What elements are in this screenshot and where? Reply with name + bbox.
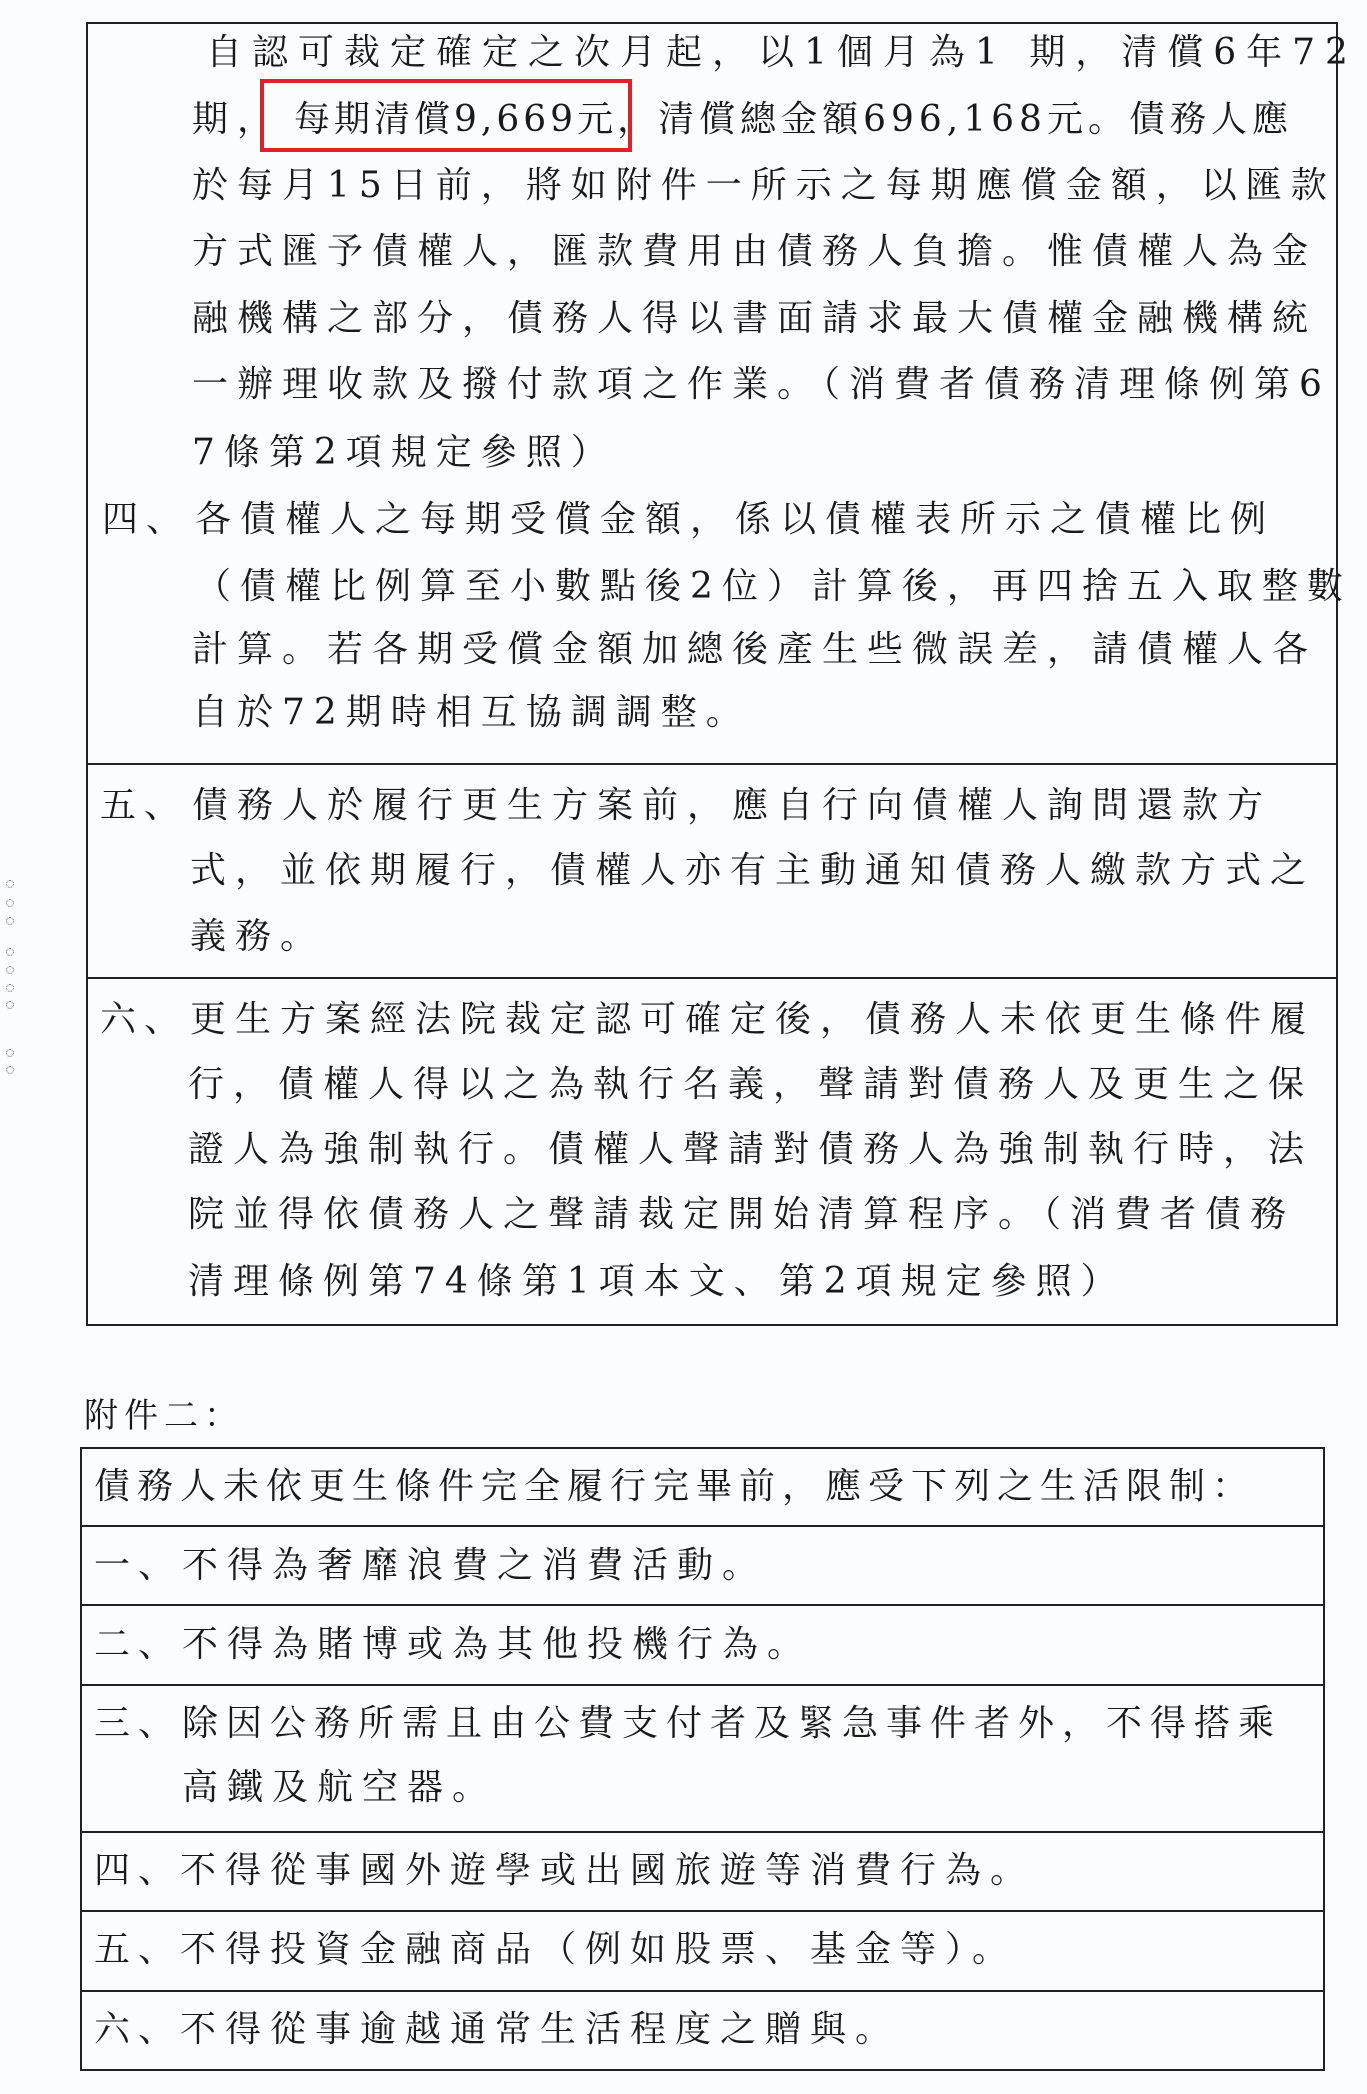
seal-mark-icon bbox=[6, 917, 14, 925]
text-line: 更生方案經法院裁定認可確定後，債務人未依更生條件履 bbox=[190, 998, 1315, 1042]
text-line: 義務。 bbox=[190, 915, 325, 959]
text-line: 院並得依債務人之聲請裁定開始清算程序。（消費者債務 bbox=[188, 1193, 1295, 1237]
restrictions-header: 債務人未依更生條件完全履行完畢前，應受下列之生活限制： bbox=[94, 1465, 1255, 1509]
seal-mark-icon bbox=[6, 966, 14, 974]
seal-mark-icon bbox=[6, 948, 14, 956]
row-marker: 五、 bbox=[94, 1928, 182, 1972]
restrictions-table bbox=[80, 1447, 1325, 2071]
text-line: 自認可裁定確定之次月起，以1個月為1 期，清償6年72 bbox=[206, 31, 1324, 75]
text-line: 於每月15日前，將如附件一所示之每期應償金額，以匯款 bbox=[192, 164, 1336, 208]
row-text: 不得投資金融商品（例如股票、基金等）。 bbox=[180, 1928, 1017, 1972]
row-divider bbox=[80, 1684, 1325, 1686]
text-line: 證人為強制執行。債權人聲請對債務人為強制執行時，法 bbox=[188, 1128, 1313, 1172]
row-text: 不得從事逾越通常生活程度之贈與。 bbox=[180, 2008, 900, 2052]
row-divider bbox=[80, 1604, 1325, 1606]
text-fragment: ，清償總金額696,168元。債務人應 bbox=[617, 99, 1293, 140]
seal-mark-icon bbox=[6, 1066, 14, 1074]
row-divider bbox=[80, 1910, 1325, 1912]
row-marker: 六、 bbox=[94, 2008, 182, 2052]
section-divider bbox=[86, 977, 1338, 979]
seal-mark-icon bbox=[6, 1049, 14, 1057]
row-marker: 一、 bbox=[94, 1544, 182, 1588]
text-line: 7條第2項規定參照） bbox=[192, 431, 616, 475]
seal-mark-icon bbox=[6, 899, 14, 907]
section-marker: 四、 bbox=[102, 498, 190, 542]
text-line: 自於72期時相互協調調整。 bbox=[192, 691, 751, 735]
red-highlight-box bbox=[260, 79, 632, 152]
seal-mark-icon bbox=[6, 984, 14, 992]
text-line: 一辦理收款及撥付款項之作業。（消費者債務清理條例第6 bbox=[192, 363, 1331, 407]
text-line: 清理條例第74條第1項本文、第2項規定參照） bbox=[188, 1260, 1126, 1304]
text-line: 行，債權人得以之為執行名義，聲請對債務人及更生之保 bbox=[188, 1063, 1313, 1107]
row-text: 不得為賭博或為其他投機行為。 bbox=[182, 1623, 812, 1667]
section-marker: 五、 bbox=[100, 784, 188, 828]
row-marker: 四、 bbox=[94, 1849, 182, 1893]
text-line: （債權比例算至小數點後2位）計算後，再四捨五入取整數 bbox=[195, 565, 1352, 609]
row-text: 不得從事國外遊學或出國旅遊等消費行為。 bbox=[180, 1849, 1035, 1893]
row-divider bbox=[80, 1525, 1325, 1527]
text-line-content: 自認可裁定確定之次月起，以1個月為1 期，清償6年72 bbox=[206, 31, 1358, 75]
row-text: 不得為奢靡浪費之消費活動。 bbox=[182, 1544, 767, 1588]
text-line: 各債權人之每期受償金額，係以債權表所示之債權比例 bbox=[195, 498, 1275, 542]
attachment-2-title: 附件二： bbox=[84, 1394, 244, 1438]
row-divider bbox=[80, 1990, 1325, 1992]
seal-mark-icon bbox=[6, 880, 14, 888]
document-page: 自認可裁定確定之次月起，以1個月為1 期，清償6年72 期，每期清償9,669元… bbox=[0, 0, 1367, 2094]
row-marker: 三、 bbox=[94, 1702, 182, 1746]
row-divider bbox=[80, 1831, 1325, 1833]
row-text: 除因公務所需且由公費支付者及緊急事件者外，不得搭乘 bbox=[182, 1702, 1282, 1746]
text-line: 式，並依期履行，債權人亦有主動通知債務人繳款方式之 bbox=[190, 849, 1315, 893]
text-line: 債務人於履行更生方案前，應自行向債權人詢問還款方 bbox=[192, 784, 1272, 828]
row-text-continued: 高鐵及航空器。 bbox=[182, 1766, 497, 1810]
row-marker: 二、 bbox=[94, 1623, 182, 1667]
section-marker: 六、 bbox=[100, 998, 188, 1042]
text-line: 方式匯予債權人，匯款費用由債務人負擔。惟債權人為金 bbox=[192, 230, 1317, 274]
text-line: 計算。若各期受償金額加總後產生些微誤差，請債權人各 bbox=[192, 628, 1317, 672]
section-divider bbox=[86, 763, 1338, 765]
seal-mark-icon bbox=[6, 1001, 14, 1009]
text-line: 融機構之部分，債務人得以書面請求最大債權金融機構統 bbox=[192, 297, 1317, 341]
